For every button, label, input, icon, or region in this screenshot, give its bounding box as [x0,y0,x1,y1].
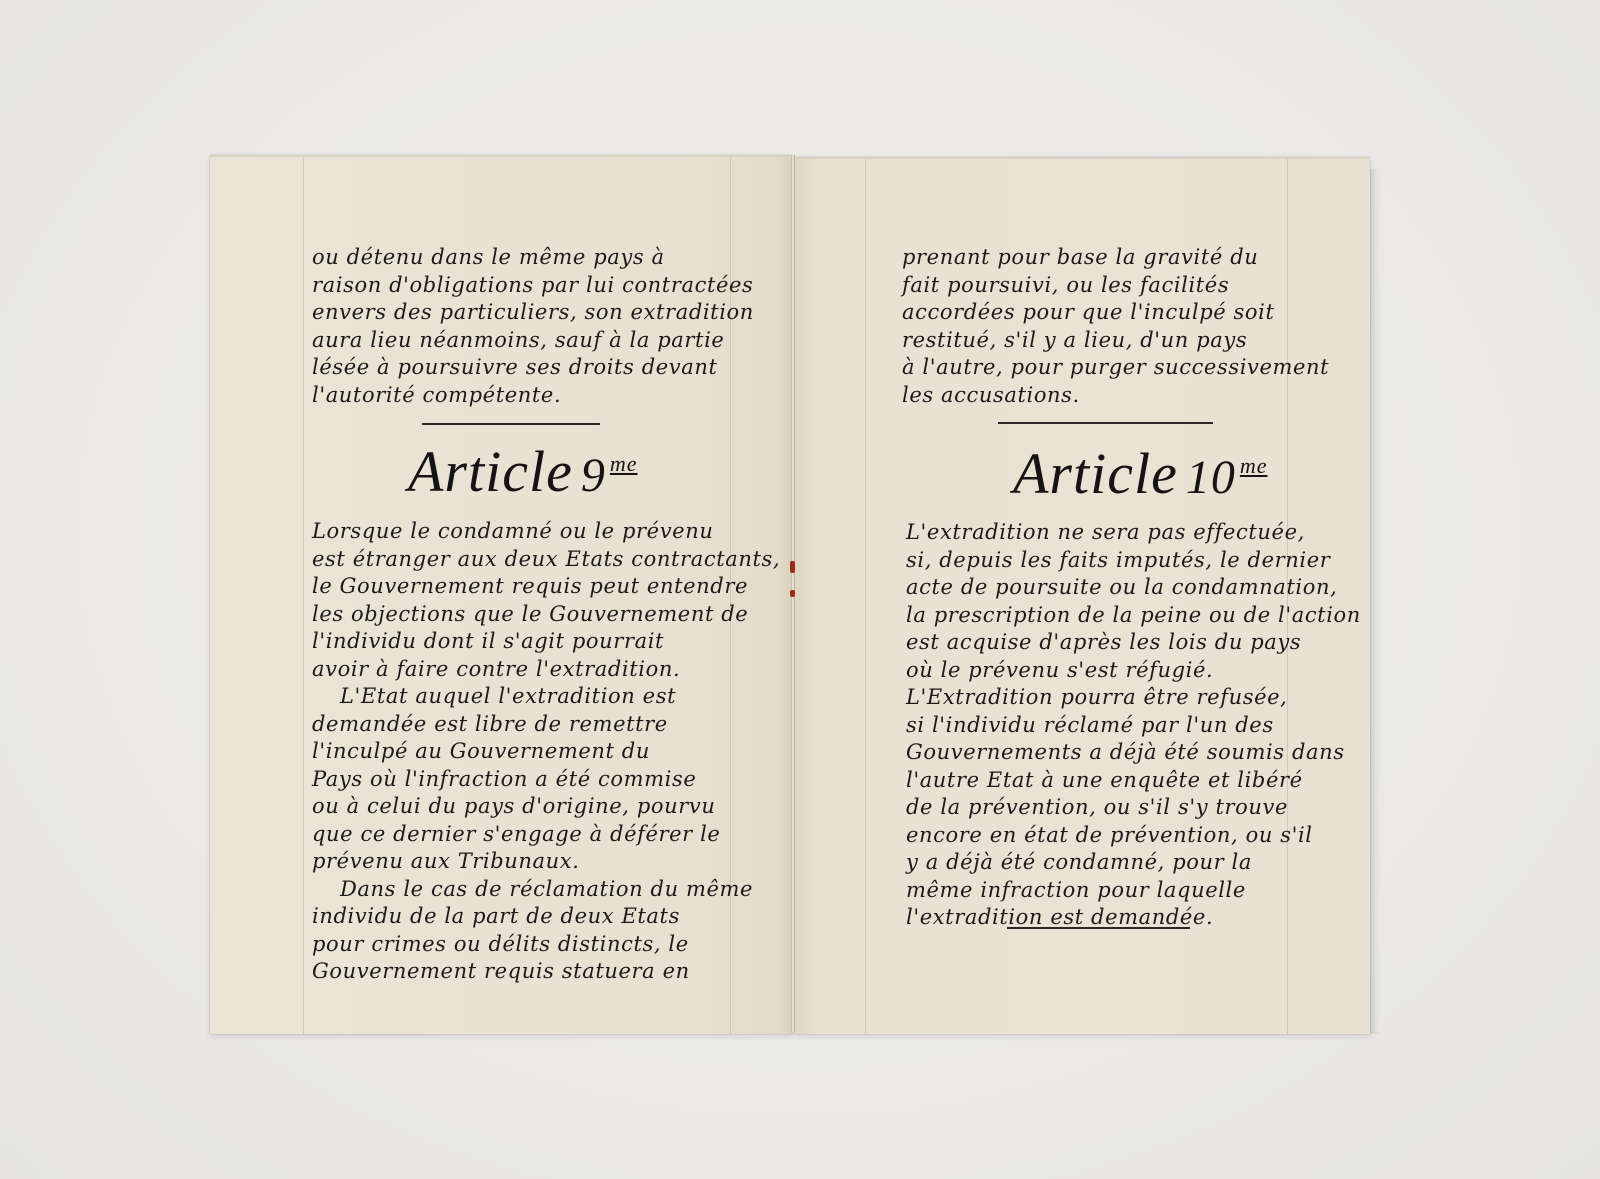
text-line: prévenu aux Tribunaux. [312,848,780,876]
text-line: ou détenu dans le même pays à [312,244,754,272]
text-line: prenant pour base la gravité du [902,244,1329,272]
article-ordinal-suffix: me [610,451,638,476]
text-line: l'individu dont il s'agit pourrait [312,628,780,656]
text-line: l'inculpé au Gouvernement du [312,738,780,766]
text-line: où le prévenu s'est réfugié. [906,657,1361,685]
text-line: L'Extradition pourra être refusée, [906,684,1361,712]
text-line: raison d'obligations par lui contractées [312,272,754,300]
binding-thread-lower [790,590,795,597]
text-line: si, depuis les faits imputés, le dernier [906,547,1361,575]
right-continuation-text: prenant pour base la gravité du fait pou… [902,244,1329,409]
text-line: l'autre Etat à une enquête et libéré [906,767,1361,795]
text-line: est étranger aux deux Etats contractants… [312,546,780,574]
section-divider [422,423,600,425]
binding-thread-upper [790,561,795,573]
left-margin-rule [865,159,866,1034]
text-line: Pays où l'infraction a été commise [312,766,780,794]
text-line: acte de poursuite ou la condamnation, [906,574,1361,602]
text-line: L'extradition ne sera pas effectuée, [906,519,1361,547]
text-line: à l'autre, pour purger successivement [902,354,1329,382]
text-line: que ce dernier s'engage à déférer le [312,821,780,849]
article-word: Article [1013,441,1178,506]
text-line: les accusations. [902,382,1329,410]
article-9-body: Lorsque le condamné ou le prévenu est ét… [312,518,780,986]
article-10-heading: Article10me [1013,440,1268,507]
text-line: Lorsque le condamné ou le prévenu [312,518,780,546]
text-line: Dans le cas de réclamation du même [312,876,780,904]
text-line: ou à celui du pays d'origine, pourvu [312,793,780,821]
closing-divider [1007,927,1190,929]
text-line: envers des particuliers, son extradition [312,299,754,327]
text-line: avoir à faire contre l'extradition. [312,656,780,684]
text-line: pour crimes ou délits distincts, le [312,931,780,959]
text-line: encore en état de prévention, ou s'il [906,822,1361,850]
left-continuation-text: ou détenu dans le même pays à raison d'o… [312,244,754,409]
text-line: demandée est libre de remettre [312,711,780,739]
text-line: y a déjà été condamné, pour la [906,849,1361,877]
text-line: fait poursuivi, ou les facilités [902,272,1329,300]
text-line: est acquise d'après les lois du pays [906,629,1361,657]
text-line: même infraction pour laquelle [906,877,1361,905]
text-line: les objections que le Gouvernement de [312,601,780,629]
text-line: Gouvernement requis statuera en [312,958,780,986]
text-line: l'autorité compétente. [312,382,754,410]
open-booklet: ou détenu dans le même pays à raison d'o… [0,0,1600,1179]
text-line: L'Etat auquel l'extradition est [312,683,780,711]
left-margin-rule [303,157,304,1034]
text-line: lésée à poursuivre ses droits devant [312,354,754,382]
text-line: de la prévention, ou s'il s'y trouve [906,794,1361,822]
text-line: si l'individu réclamé par l'un des [906,712,1361,740]
text-line: la prescription de la peine ou de l'acti… [906,602,1361,630]
text-line: restitué, s'il y a lieu, d'un pays [902,327,1329,355]
text-line: accordées pour que l'inculpé soit [902,299,1329,327]
text-line: Gouvernements a déjà été soumis dans [906,739,1361,767]
article-number: 9 [581,449,606,502]
text-line: individu de la part de deux Etats [312,903,780,931]
article-10-body: L'extradition ne sera pas effectuée, si,… [906,519,1361,932]
text-line: le Gouvernement requis peut entendre [312,573,780,601]
section-divider [998,422,1213,424]
article-word: Article [408,439,573,504]
text-line: aura lieu néanmoins, sauf à la partie [312,327,754,355]
article-9-heading: Article9me [408,438,638,505]
article-number: 10 [1186,451,1236,504]
article-ordinal-suffix: me [1240,453,1268,478]
